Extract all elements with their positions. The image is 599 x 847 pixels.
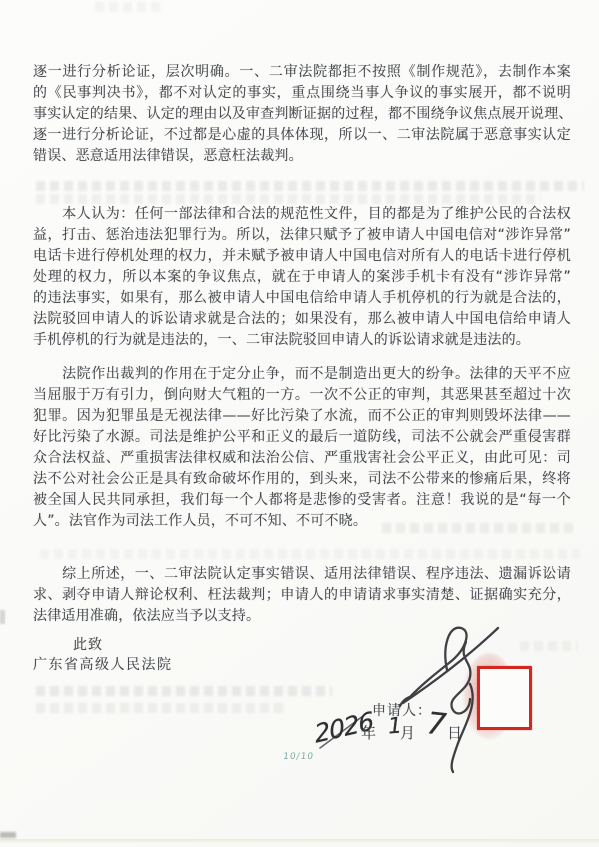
scanned-document-page: 逐一进行分析论证，层次明确。一、二审法院都拒不按照《制作规范》，去制作本案的《民… (0, 0, 599, 847)
redaction-box (477, 666, 532, 730)
